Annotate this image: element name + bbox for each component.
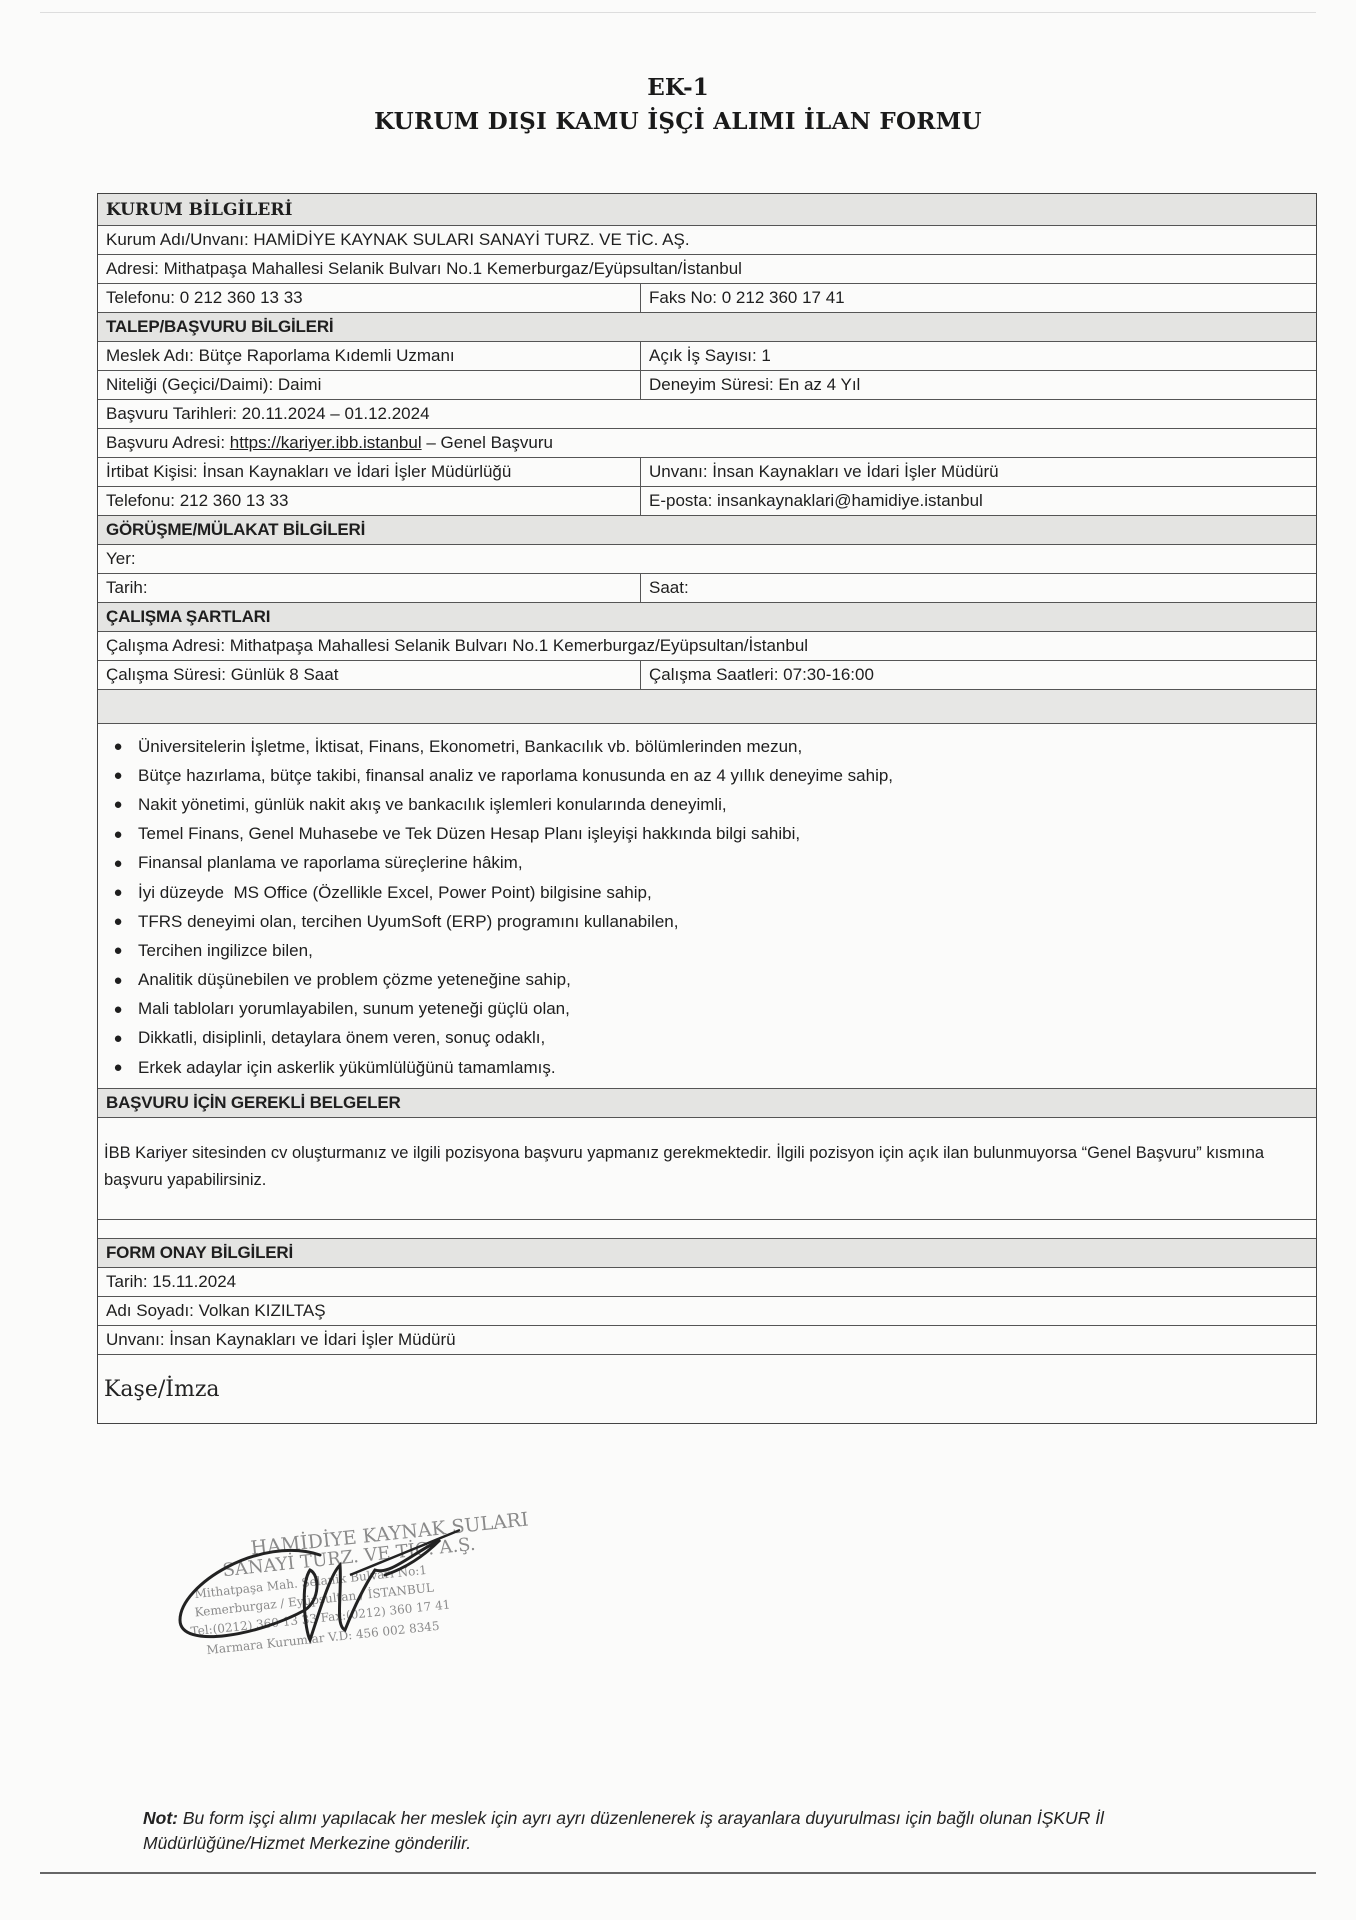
section-approval: FORM ONAY BİLGİLERİ (98, 1239, 1316, 1268)
work-address-row: Çalışma Adresi: Mithatpaşa Mahallesi Sel… (98, 632, 1316, 661)
occupation-row: Meslek Adı: Bütçe Raporlama Kıdemli Uzma… (98, 342, 1316, 371)
requirement-item: ●Mali tabloları yorumlayabilen, sunum ye… (98, 995, 1316, 1024)
bullet-icon: ● (98, 767, 138, 784)
requirement-item: ●Bütçe hazırlama, bütçe takibi, finansal… (98, 761, 1316, 790)
institution-name: Kurum Adı/Unvanı: HAMİDİYE KAYNAK SULARI… (98, 226, 1316, 254)
requirement-item: ●TFRS deneyimi olan, tercihen UyumSoft (… (98, 907, 1316, 936)
approval-name: Adı Soyadı: Volkan KIZILTAŞ (98, 1297, 1316, 1325)
application-address-row: Başvuru Adresi: https://kariyer.ibb.ista… (98, 429, 1316, 458)
bullet-icon: ● (98, 942, 138, 959)
approval-title: Unvanı: İnsan Kaynakları ve İdari İşler … (98, 1326, 1316, 1354)
contact-email: E-posta: insankaynaklari@hamidiye.istanb… (641, 487, 1316, 515)
bullet-icon: ● (98, 1001, 138, 1018)
requirement-item: ●Nakit yönetimi, günlük nakit akış ve ba… (98, 790, 1316, 819)
section-application: TALEP/BAŞVURU BİLGİLERİ (98, 313, 1316, 342)
requirement-item: ●Üniversitelerin İşletme, İktisat, Finan… (98, 732, 1316, 761)
contact-person: İrtibat Kişisi: İnsan Kaynakları ve İdar… (98, 458, 641, 486)
footer-note: Not: Bu form işçi alımı yapılacak her me… (143, 1806, 1243, 1856)
section-title: BAŞVURU İÇİN GEREKLİ BELGELER (98, 1089, 1316, 1117)
bullet-icon: ● (98, 884, 138, 901)
interview-place: Yer: (98, 545, 1316, 573)
documents-text: İBB Kariyer sitesinden cv oluşturmanız v… (98, 1118, 1316, 1220)
institution-address-row: Adresi: Mithatpaşa Mahallesi Selanik Bul… (98, 255, 1316, 284)
requirement-text: Üniversitelerin İşletme, İktisat, Finans… (138, 737, 802, 757)
empty-header-row (98, 690, 1316, 724)
work-hours: Çalışma Saatleri: 07:30-16:00 (641, 661, 1316, 689)
signature-row: Kaşe/İmza (98, 1355, 1316, 1424)
requirement-text: Erkek adaylar için askerlik yükümlülüğün… (138, 1058, 556, 1078)
requirement-text: Tercihen ingilizce bilen, (138, 941, 313, 961)
bullet-icon: ● (98, 855, 138, 872)
stamp-line: HAMİDİYE KAYNAK SULARI (250, 1508, 530, 1559)
requirement-item: ●Tercihen ingilizce bilen, (98, 936, 1316, 965)
approval-name-row: Adı Soyadı: Volkan KIZILTAŞ (98, 1297, 1316, 1326)
work-time-row: Çalışma Süresi: Günlük 8 Saat Çalışma Sa… (98, 661, 1316, 690)
approval-date: Tarih: 15.11.2024 (98, 1268, 1316, 1296)
institution-address: Adresi: Mithatpaşa Mahallesi Selanik Bul… (98, 255, 1316, 283)
requirement-item: ●Erkek adaylar için askerlik yükümlülüğü… (98, 1053, 1316, 1082)
annex-label: EK-1 (0, 74, 1356, 101)
section-work: ÇALIŞMA ŞARTLARI (98, 603, 1316, 632)
stamp-line: Tel:(0212) 360 13 33 Fax:(0212) 360 17 4… (190, 1597, 451, 1638)
nature-row: Niteliği (Geçici/Daimi): Daimi Deneyim S… (98, 371, 1316, 400)
institution-fax: Faks No: 0 212 360 17 41 (641, 284, 1316, 312)
top-divider (40, 12, 1316, 13)
experience: Deneyim Süresi: En az 4 Yıl (641, 371, 1316, 399)
announcement-form: KURUM BİLGİLERİ Kurum Adı/Unvanı: HAMİDİ… (97, 193, 1317, 1424)
bullet-icon: ● (98, 1059, 138, 1076)
application-dates: Başvuru Tarihleri: 20.11.2024 – 01.12.20… (98, 400, 1316, 428)
application-address: Başvuru Adresi: https://kariyer.ibb.ista… (98, 429, 1316, 457)
approval-title-row: Unvanı: İnsan Kaynakları ve İdari İşler … (98, 1326, 1316, 1355)
bullet-icon: ● (98, 738, 138, 755)
section-documents: BAŞVURU İÇİN GEREKLİ BELGELER (98, 1089, 1316, 1118)
section-title: TALEP/BAŞVURU BİLGİLERİ (98, 313, 1316, 341)
requirement-item: ●Temel Finans, Genel Muhasebe ve Tek Düz… (98, 820, 1316, 849)
requirement-item: ●İyi düzeyde MS Office (Özellikle Excel,… (98, 878, 1316, 907)
approval-date-row: Tarih: 15.11.2024 (98, 1268, 1316, 1297)
requirement-text: Analitik düşünebilen ve problem çözme ye… (138, 970, 571, 990)
section-title: ÇALIŞMA ŞARTLARI (98, 603, 1316, 631)
application-address-suffix: – Genel Başvuru (422, 433, 553, 453)
signature-icon (170, 1515, 500, 1675)
institution-name-row: Kurum Adı/Unvanı: HAMİDİYE KAYNAK SULARI… (98, 226, 1316, 255)
work-duration: Çalışma Süresi: Günlük 8 Saat (98, 661, 641, 689)
stamp-line: Mithatpaşa Mah. Selanik Bulvarı No:1 (194, 1563, 428, 1601)
requirement-item: ●Dikkatli, disiplinli, detaylara önem ve… (98, 1024, 1316, 1053)
bottom-divider (40, 1872, 1316, 1874)
page-title: KURUM DIŞI KAMU İŞÇİ ALIMI İLAN FORMU (0, 108, 1356, 135)
contact-phone: Telefonu: 212 360 13 33 (98, 487, 641, 515)
bullet-icon: ● (98, 796, 138, 813)
bullet-icon: ● (98, 972, 138, 989)
work-address: Çalışma Adresi: Mithatpaşa Mahallesi Sel… (98, 632, 1316, 660)
requirement-text: Dikkatli, disiplinli, detaylara önem ver… (138, 1028, 545, 1048)
occupation: Meslek Adı: Bütçe Raporlama Kıdemli Uzma… (98, 342, 641, 370)
section-title: GÖRÜŞME/MÜLAKAT BİLGİLERİ (98, 516, 1316, 544)
institution-phone: Telefonu: 0 212 360 13 33 (98, 284, 641, 312)
interview-place-row: Yer: (98, 545, 1316, 574)
open-positions: Açık İş Sayısı: 1 (641, 342, 1316, 370)
requirements-list: ●Üniversitelerin İşletme, İktisat, Finan… (98, 724, 1316, 1089)
bullet-icon: ● (98, 826, 138, 843)
requirement-item: ●Finansal planlama ve raporlama süreçler… (98, 849, 1316, 878)
requirement-text: Temel Finans, Genel Muhasebe ve Tek Düze… (138, 824, 800, 844)
company-stamp: HAMİDİYE KAYNAK SULARI SANAYİ TURZ. VE T… (170, 1515, 500, 1675)
signature-label: Kaşe/İmza (104, 1377, 220, 1402)
section-title: FORM ONAY BİLGİLERİ (98, 1239, 1316, 1267)
interview-date: Tarih: (98, 574, 641, 602)
requirement-text: TFRS deneyimi olan, tercihen UyumSoft (E… (138, 912, 678, 932)
institution-contact-row: Telefonu: 0 212 360 13 33 Faks No: 0 212… (98, 284, 1316, 313)
career-site-link[interactable]: https://kariyer.ibb.istanbul (230, 433, 422, 453)
dates-row: Başvuru Tarihleri: 20.11.2024 – 01.12.20… (98, 400, 1316, 429)
stamp-line: Kemerburgaz / Eyüpsultan / İSTANBUL (194, 1580, 435, 1619)
bullet-icon: ● (98, 1030, 138, 1047)
interview-time: Saat: (641, 574, 1316, 602)
requirement-item: ●Analitik düşünebilen ve problem çözme y… (98, 966, 1316, 995)
stamp-line: Marmara Kurumlar V.D: 456 002 8345 (206, 1619, 440, 1657)
interview-date-row: Tarih: Saat: (98, 574, 1316, 603)
section-interview: GÖRÜŞME/MÜLAKAT BİLGİLERİ (98, 516, 1316, 545)
note-label: Not: (143, 1808, 178, 1828)
requirement-text: Bütçe hazırlama, bütçe takibi, finansal … (138, 766, 893, 786)
requirement-text: İyi düzeyde MS Office (Özellikle Excel, … (138, 883, 652, 903)
section-title: KURUM BİLGİLERİ (98, 194, 1316, 225)
section-institution: KURUM BİLGİLERİ (98, 194, 1316, 226)
note-text: Bu form işçi alımı yapılacak her meslek … (143, 1808, 1109, 1853)
stamp-line: SANAYİ TURZ. VE TİC. A.Ş. (222, 1534, 477, 1581)
bullet-icon: ● (98, 913, 138, 930)
contact-title: Unvanı: İnsan Kaynakları ve İdari İşler … (641, 458, 1316, 486)
spacer-row (98, 1220, 1316, 1239)
requirement-text: Finansal planlama ve raporlama süreçleri… (138, 853, 523, 873)
application-address-label: Başvuru Adresi: (106, 433, 230, 453)
contact-details-row: Telefonu: 212 360 13 33 E-posta: insanka… (98, 487, 1316, 516)
nature: Niteliği (Geçici/Daimi): Daimi (98, 371, 641, 399)
contact-row: İrtibat Kişisi: İnsan Kaynakları ve İdar… (98, 458, 1316, 487)
requirement-text: Mali tabloları yorumlayabilen, sunum yet… (138, 999, 570, 1019)
requirement-text: Nakit yönetimi, günlük nakit akış ve ban… (138, 795, 727, 815)
